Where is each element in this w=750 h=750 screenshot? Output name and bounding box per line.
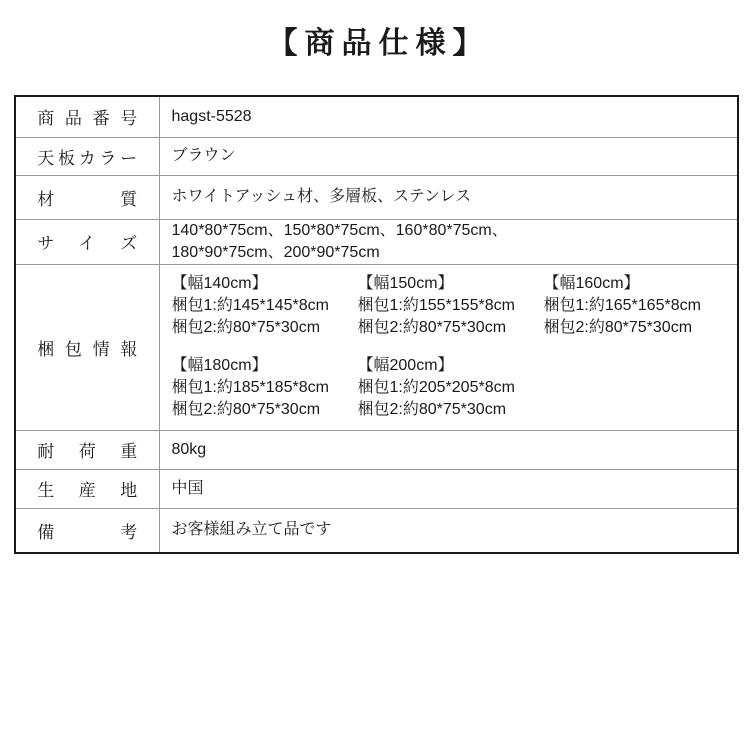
- row-label: 商品番号: [37, 104, 137, 129]
- packing-group-180: 【幅180cm】 梱包1:約185*185*8cm 梱包2:約80*75*30c…: [172, 355, 353, 421]
- size-line-2: 180*90*75cm、200*90*75cm: [172, 242, 738, 264]
- packing-group-title: 【幅200cm】: [358, 355, 539, 377]
- row-label: 備考: [37, 518, 137, 543]
- packing-group-140: 【幅140cm】 梱包1:約145*145*8cm 梱包2:約80*75*30c…: [172, 273, 353, 339]
- material-label-cell: 材質: [15, 175, 159, 219]
- packing-line-1: 梱包1:約155*155*8cm: [358, 295, 539, 317]
- spec-row-item-number: 商品番号 hagst-5528: [15, 96, 738, 137]
- row-label: サイズ: [37, 229, 137, 254]
- packing-line-1: 梱包1:約165*165*8cm: [544, 295, 725, 317]
- packing-group-title: 【幅180cm】: [172, 355, 353, 377]
- packing-groups: 【幅140cm】 梱包1:約145*145*8cm 梱包2:約80*75*30c…: [172, 273, 738, 421]
- row-label: 天板カラー: [37, 144, 137, 169]
- spec-row-remarks: 備考 お客様組み立て品です: [15, 508, 738, 553]
- packing-group-150: 【幅150cm】 梱包1:約155*155*8cm 梱包2:約80*75*30c…: [358, 273, 539, 339]
- packing-line-1: 梱包1:約205*205*8cm: [358, 377, 539, 399]
- item-number-value: hagst-5528: [159, 96, 738, 137]
- load-capacity-value: 80kg: [159, 430, 738, 469]
- packing-group-160: 【幅160cm】 梱包1:約165*165*8cm 梱包2:約80*75*30c…: [544, 273, 725, 339]
- packing-line-2: 梱包2:約80*75*30cm: [172, 399, 353, 421]
- spec-row-packing: 梱包情報 【幅140cm】 梱包1:約145*145*8cm 梱包2:約80*7…: [15, 264, 738, 430]
- packing-line-2: 梱包2:約80*75*30cm: [358, 317, 539, 339]
- spec-row-material: 材質 ホワイトアッシュ材、多層板、ステンレス: [15, 175, 738, 219]
- material-value: ホワイトアッシュ材、多層板、ステンレス: [159, 175, 738, 219]
- page-title: 【商品仕様】: [0, 26, 750, 62]
- packing-group-title: 【幅140cm】: [172, 273, 353, 295]
- remarks-value: お客様組み立て品です: [159, 508, 738, 553]
- size-value: 140*80*75cm、150*80*75cm、160*80*75cm、 180…: [159, 219, 738, 264]
- remarks-label-cell: 備考: [15, 508, 159, 553]
- packing-line-1: 梱包1:約185*185*8cm: [172, 377, 353, 399]
- packing-line-2: 梱包2:約80*75*30cm: [358, 399, 539, 421]
- top-color-label-cell: 天板カラー: [15, 137, 159, 175]
- packing-value: 【幅140cm】 梱包1:約145*145*8cm 梱包2:約80*75*30c…: [159, 264, 738, 430]
- origin-value: 中国: [159, 469, 738, 508]
- packing-group-title: 【幅160cm】: [544, 273, 725, 295]
- origin-label-cell: 生産地: [15, 469, 159, 508]
- spec-row-load-capacity: 耐荷重 80kg: [15, 430, 738, 469]
- size-label-cell: サイズ: [15, 219, 159, 264]
- row-label: 生産地: [37, 476, 137, 501]
- item-number-label-cell: 商品番号: [15, 96, 159, 137]
- packing-label-cell: 梱包情報: [15, 264, 159, 430]
- spec-table: 商品番号 hagst-5528 天板カラー ブラウン 材質 ホワイトアッシュ材、…: [14, 95, 739, 554]
- packing-line-2: 梱包2:約80*75*30cm: [172, 317, 353, 339]
- packing-group-title: 【幅150cm】: [358, 273, 539, 295]
- top-color-value: ブラウン: [159, 137, 738, 175]
- load-capacity-label-cell: 耐荷重: [15, 430, 159, 469]
- spec-row-origin: 生産地 中国: [15, 469, 738, 508]
- packing-line-1: 梱包1:約145*145*8cm: [172, 295, 353, 317]
- row-label: 梱包情報: [37, 335, 137, 360]
- row-label: 材質: [37, 185, 137, 210]
- spec-row-top-color: 天板カラー ブラウン: [15, 137, 738, 175]
- packing-group-200: 【幅200cm】 梱包1:約205*205*8cm 梱包2:約80*75*30c…: [358, 355, 539, 421]
- packing-line-2: 梱包2:約80*75*30cm: [544, 317, 725, 339]
- size-line-1: 140*80*75cm、150*80*75cm、160*80*75cm、: [172, 220, 738, 242]
- spec-row-size: サイズ 140*80*75cm、150*80*75cm、160*80*75cm、…: [15, 219, 738, 264]
- row-label: 耐荷重: [37, 437, 137, 462]
